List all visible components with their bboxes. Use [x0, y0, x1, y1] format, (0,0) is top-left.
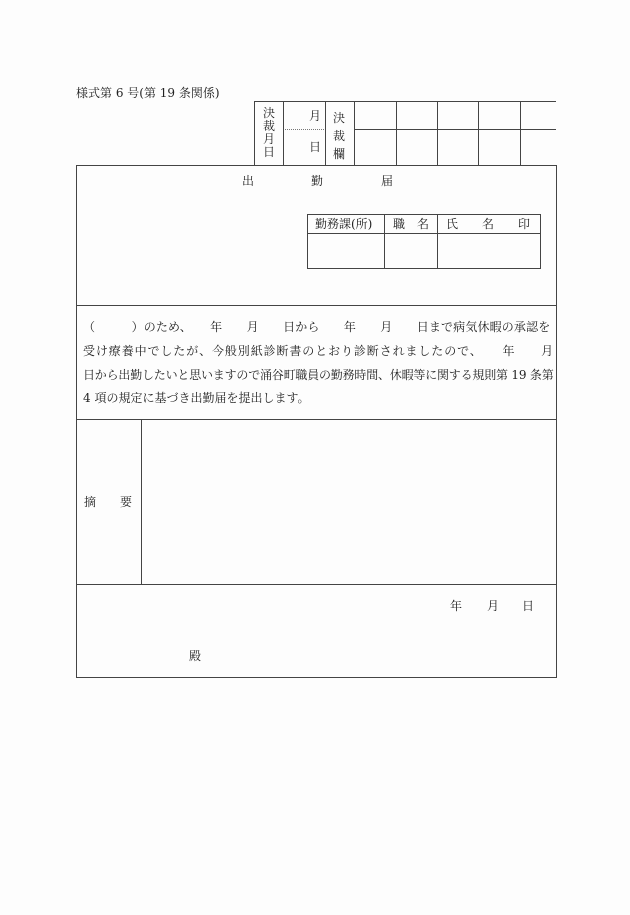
header-name-seal: 氏 名 印: [446, 218, 530, 230]
form-label: 様式第 6 号(第 19 条関係): [76, 84, 220, 101]
approval-date-label: 決 裁 月 日: [262, 107, 276, 159]
approval-day-field[interactable]: 日: [309, 141, 321, 153]
department-field[interactable]: [308, 234, 383, 268]
label-char: 欄: [332, 145, 346, 163]
approval-top-border: [254, 101, 556, 102]
addressee-field[interactable]: [84, 640, 189, 664]
position-field[interactable]: [385, 234, 436, 268]
date-year-label: 年: [450, 600, 462, 612]
date-month-label: 月: [487, 600, 499, 612]
body-line: 受け療養中でしたが、今般別紙診断書のとおり診断されましたので、 年 月: [83, 344, 549, 358]
body-line: （ ）のため、 年 月 日から 年 月 日まで病気休暇の承認を: [83, 320, 549, 334]
divider: [283, 101, 284, 165]
label-char: 日: [262, 146, 276, 159]
summary-label: 摘 要: [84, 496, 132, 508]
body-line: 日から出勤したいと思いますので涌谷町職員の勤務時間、休暇等に関する規則第 19 …: [83, 368, 549, 382]
date-day-label: 日: [522, 600, 534, 612]
dotted-divider: [285, 129, 324, 130]
header-position: 職 名: [393, 218, 429, 230]
approval-left-border: [254, 101, 255, 165]
approval-month-field[interactable]: 月: [309, 110, 321, 122]
summary-field[interactable]: [142, 420, 556, 583]
title-char: 出: [242, 175, 254, 187]
divider: [325, 101, 326, 165]
approval-stamp-cell[interactable]: [438, 130, 478, 165]
addressee-suffix: 殿: [189, 650, 201, 662]
approval-stamp-cell[interactable]: [355, 130, 395, 165]
name-seal-field[interactable]: [438, 234, 540, 268]
section-divider: [76, 584, 557, 585]
body-line: 4 項の規定に基づき出勤届を提出します。: [83, 391, 549, 405]
title-char: 勤: [311, 175, 323, 187]
approval-stamp-cell[interactable]: [521, 130, 556, 165]
approval-stamp-cell[interactable]: [479, 130, 519, 165]
approval-column-label: 決 裁 欄: [332, 109, 346, 163]
header-department: 勤務課(所): [315, 218, 372, 230]
section-divider: [76, 305, 557, 306]
label-char: 裁: [332, 127, 346, 145]
title-char: 届: [381, 175, 393, 187]
label-char: 決: [332, 109, 346, 127]
approval-stamp-cell[interactable]: [397, 130, 437, 165]
